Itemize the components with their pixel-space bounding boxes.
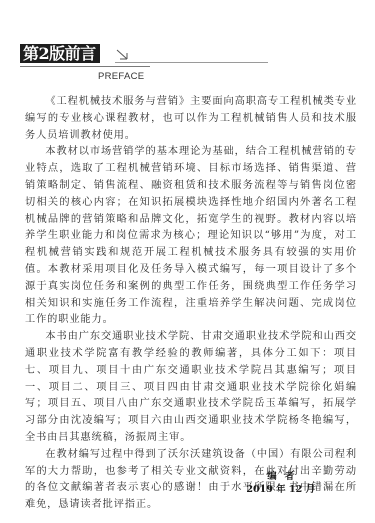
header-rule-bottom bbox=[20, 66, 150, 67]
date-label: 2019 年 12 月 bbox=[246, 483, 315, 496]
author-label: 编者 bbox=[254, 470, 315, 483]
preface-body: 《工程机械技术服务与营销》主要面向高职高专工程机械类专业编写的专业核心课程教材，… bbox=[25, 94, 357, 514]
paragraph: 《工程机械技术服务与营销》主要面向高职高专工程机械类专业编写的专业核心课程教材，… bbox=[25, 94, 357, 144]
signature-block: 编者 2019 年 12 月 bbox=[246, 470, 315, 496]
paragraph: 本教材以市场营销学的基本理论为基础，结合工程机械营销的专业特点，选取了工程机械营… bbox=[25, 144, 357, 329]
chapter-header: 第2版前言 PREFACE bbox=[20, 44, 260, 84]
paragraph: 本书由广东交通职业技术学院、甘肃交通职业技术学院和山西交通职业技术学院富有教学经… bbox=[25, 329, 357, 447]
chapter-subtitle: PREFACE bbox=[98, 71, 144, 82]
chapter-title: 第2版前言 bbox=[20, 44, 100, 63]
header-rule-top bbox=[115, 62, 268, 63]
arrow-down-right-icon bbox=[115, 47, 129, 61]
